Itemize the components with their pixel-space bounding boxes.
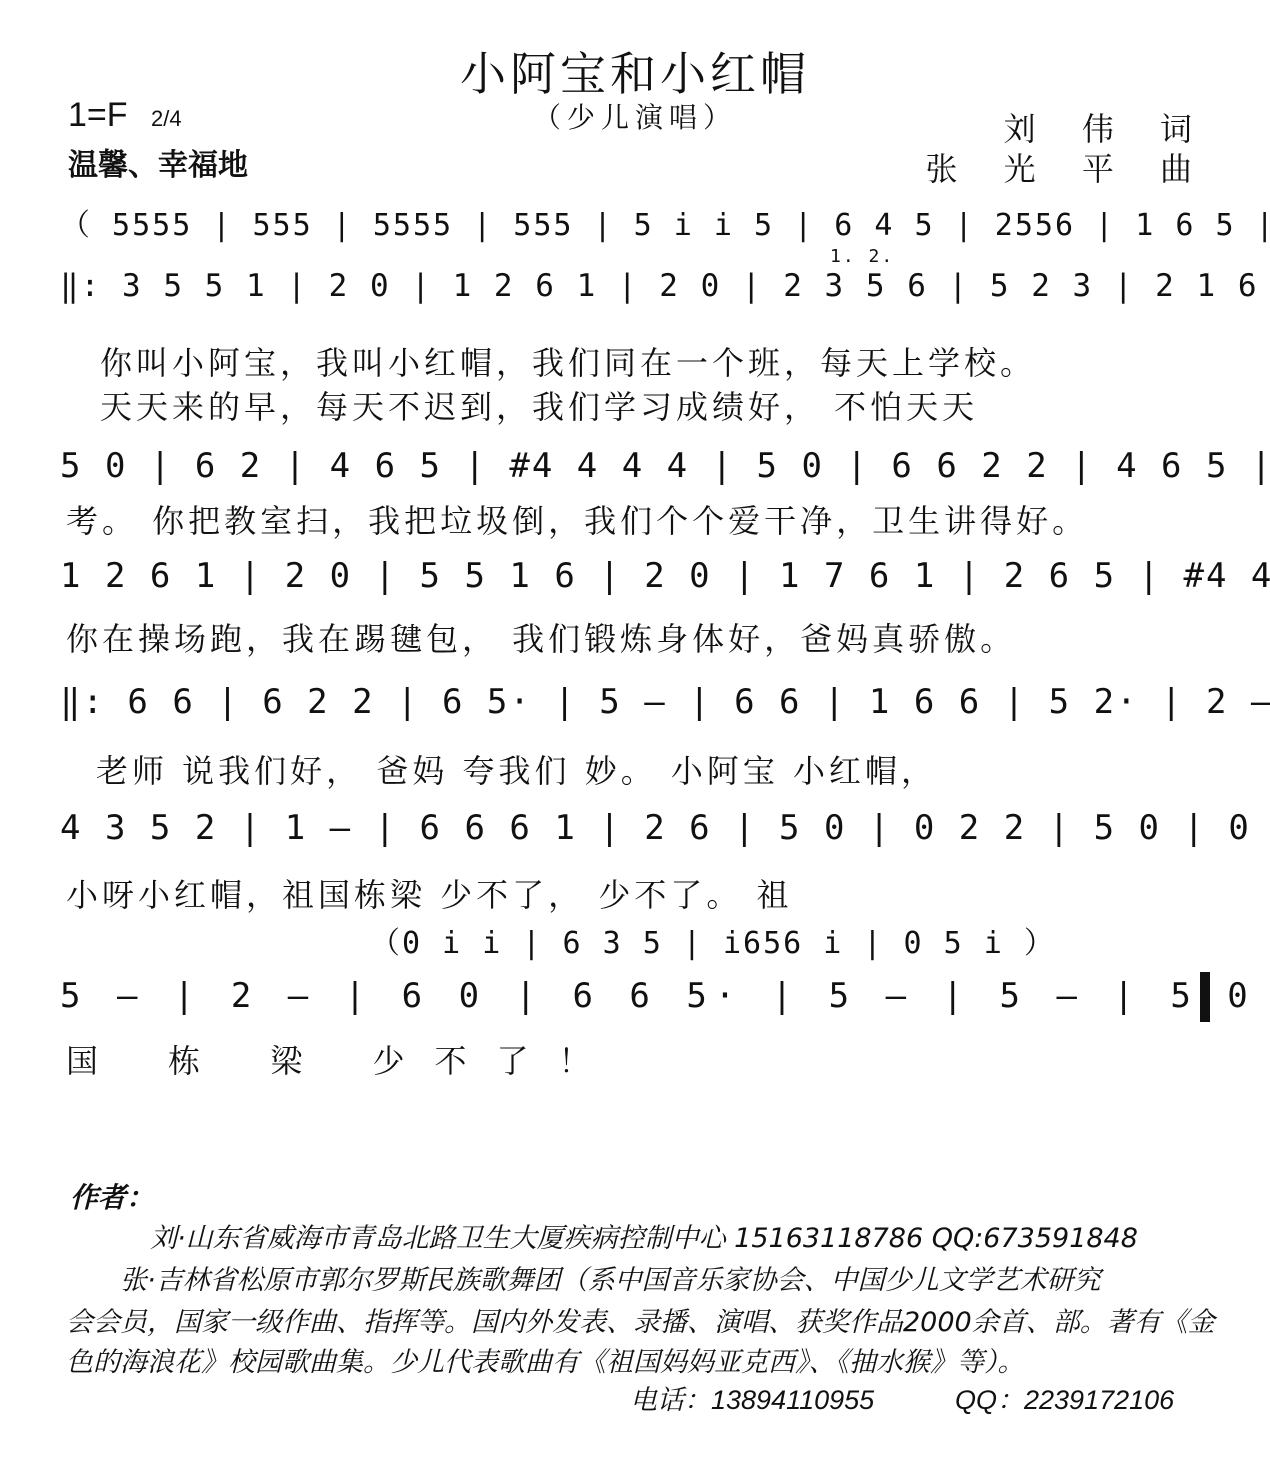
phone-number: 电话：13894110955 <box>630 1378 874 1417</box>
score-line-7-notes: 5 — | 2 — | 6 0 | 6 6 5· | 5 — | 5 — | 5… <box>60 976 1220 1016</box>
authors-label: 作者： <box>70 1176 154 1216</box>
score-line-5-notes: 4 3 5 2 | 1 — | 6 6 6 1 | 2 6 | 5 0 | 0 … <box>60 808 1220 848</box>
key-signature: 1=F 2/4 <box>68 96 182 135</box>
score-line-1-lyrics-verse2: 天天来的早，每天不迟到，我们学习成绩好， 不怕天天 <box>100 382 978 428</box>
time-signature: 2/4 <box>151 106 182 131</box>
score-line-5-lyrics: 小呀小红帽，祖国栋梁 少不了， 少不了。 祖 <box>66 870 793 916</box>
volta-brackets: 1. 2. <box>830 246 894 267</box>
score-line-3-lyrics: 你在操场跑，我在踢毽包， 我们锻炼身体好，爸妈真骄傲。 <box>66 614 1016 660</box>
composer-credit: 张 光 平 曲 <box>925 144 1210 190</box>
author-info-line-3: 会会员，国家一级作曲、指挥等。国内外发表、录播、演唱、获奖作品2000余首、部。… <box>66 1300 1215 1339</box>
author-info-line-2: 张·吉林省松原市郭尔罗斯民族歌舞团（系中国音乐家协会、中国少儿文学艺术研究 <box>120 1258 1101 1297</box>
author-info-line-1: 刘·山东省威海市青岛北路卫生大厦疾病控制中心 15163118786 QQ:67… <box>150 1216 1138 1255</box>
score-line-3-notes: 1 2 6 1 | 2 0 | 5 5 1 6 | 2 0 | 1 7 6 1 … <box>60 556 1220 596</box>
score-line-4-notes: ‖: 6 6 | 6 2 2 | 6 5· | 5 — | 6 6 | 1 6 … <box>60 682 1220 722</box>
intro-notation: （ 5555 | 555 | 5555 | 555 | 5 i i 5 | 6 … <box>60 200 1220 244</box>
score-line-1-lyrics-verse1: 你叫小阿宝，我叫小红帽，我们同在一个班，每天上学校。 <box>100 338 1036 384</box>
qq-number: QQ：2239172106 <box>955 1378 1174 1417</box>
key-value: 1=F <box>68 96 128 134</box>
score-line-4-lyrics: 老师 说我们好， 爸妈 夸我们 妙。 小阿宝 小红帽， <box>96 746 937 792</box>
score-line-1-notes: ‖: 3 5 5 1 | 2 0 | 1 2 6 1 | 2 0 | 2 3 5… <box>60 268 1220 304</box>
tempo-marking: 温馨、幸福地 <box>68 140 248 184</box>
interlude-notation: （0 i i | 6 3 5 | i656 i | 0 5 i ） <box>370 918 1056 962</box>
author-info-line-4: 色的海浪花》校园歌曲集。少儿代表歌曲有《祖国妈妈亚克西》、《抽水猴》等）。 <box>66 1340 1025 1379</box>
score-line-7-lyrics: 国 栋 梁 少不了！ <box>66 1036 621 1082</box>
final-barline <box>1200 972 1210 1022</box>
song-title: 小阿宝和小红帽 <box>0 38 1270 104</box>
score-line-2-notes: 5 0 | 6 2 | 4 6 5 | #4 4 4 4 | 5 0 | 6 6… <box>60 446 1220 486</box>
score-line-2-lyrics: 考。 你把教室扫，我把垃圾倒，我们个个爱干净，卫生讲得好。 <box>66 496 1088 542</box>
